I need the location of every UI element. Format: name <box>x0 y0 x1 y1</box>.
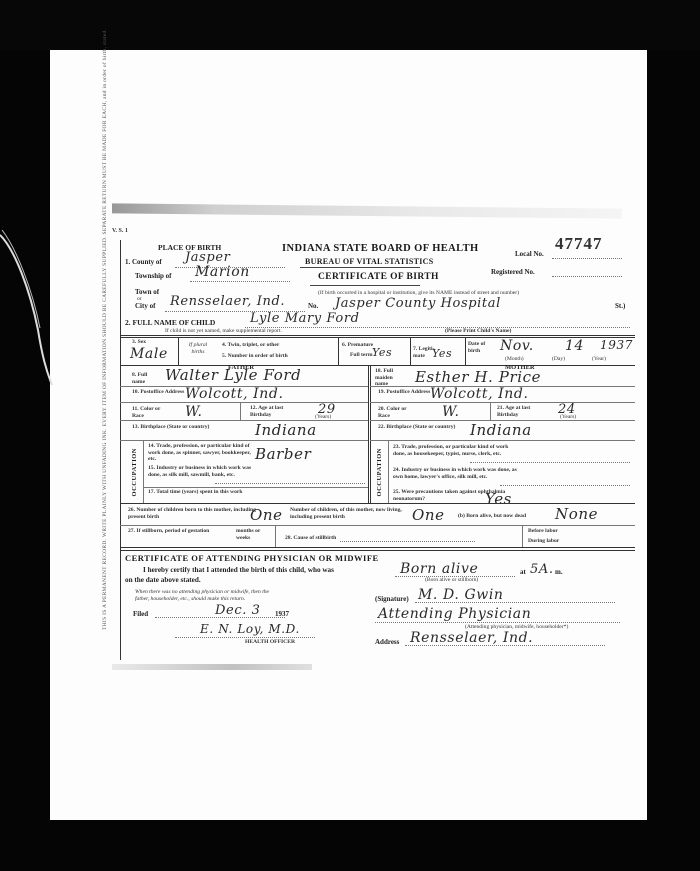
father-address-label: 10. Postoffice Address <box>132 389 184 396</box>
before-labor-label: Before labor <box>528 528 558 535</box>
premature-label: 6. Premature <box>342 342 373 349</box>
county-label: 1. County of <box>125 258 162 266</box>
time-value: 5A. <box>530 562 554 577</box>
divider <box>300 267 420 268</box>
registered-no-label: Registered No. <box>491 268 535 276</box>
mother-color-label: 20. Color or Race <box>378 406 418 419</box>
father-color-label: 11. Color or Race <box>132 406 172 419</box>
address-label: Address <box>375 638 399 646</box>
father-occupation-section: OCCUPATION <box>131 448 138 496</box>
city-value: Rensselaer, Ind. <box>170 294 285 309</box>
divider <box>120 550 635 551</box>
mother-trade-label: 23. Trade, profession, or particular kin… <box>393 444 518 457</box>
father-address-value: Wolcott, Ind. <box>185 386 284 402</box>
mother-address-value: Wolcott, Ind. <box>430 386 529 402</box>
bureau-title: BUREAU OF VITAL STATISTICS <box>305 257 434 266</box>
mother-name-label: 18. Full maiden name <box>375 368 405 388</box>
divider <box>240 402 241 420</box>
divider <box>310 285 420 286</box>
mother-occupation-section: OCCUPATION <box>376 448 383 496</box>
children-dead-label: (b) Born alive, but now dead <box>458 513 526 520</box>
full-term-label: Full term <box>350 352 373 359</box>
divider <box>120 525 635 526</box>
father-birthplace-label: 13. Birthplace (State or country) <box>132 424 232 431</box>
born-value: Born alive <box>400 561 478 577</box>
sex-value: Male <box>130 346 168 362</box>
child-name-field <box>245 327 630 328</box>
attendant-title-field <box>375 622 620 623</box>
filed-value: Dec. 3 <box>215 603 261 618</box>
divider <box>465 338 466 365</box>
born-note: (Born alive or stillborn) <box>425 577 478 584</box>
children-living-value: One <box>412 506 445 524</box>
signature-value: M. D. Gwin <box>418 587 504 603</box>
mother-color-value: W. <box>442 404 460 420</box>
mother-industry-label: 24. Industry or business in which work w… <box>393 467 518 480</box>
certificate-number: 47747 <box>555 234 603 254</box>
plural-label: If plural births <box>183 342 213 355</box>
certificate-title: CERTIFICATE OF BIRTH <box>318 272 439 282</box>
board-title: INDIANA STATE BOARD OF HEALTH <box>282 243 479 254</box>
health-officer-label: HEALTH OFFICER <box>245 639 295 646</box>
attendant-title-value: Attending Physician <box>378 606 531 622</box>
divider <box>120 337 635 338</box>
children-dead-value: None <box>555 505 598 523</box>
address-value: Rensselaer, Ind. <box>410 630 533 646</box>
township-value: Marion <box>195 264 250 280</box>
during-labor-label: During labor <box>528 538 559 545</box>
divider <box>368 365 369 503</box>
m-label: m. <box>555 568 563 576</box>
health-officer-field <box>175 637 315 638</box>
year-label: (Year) <box>592 356 606 363</box>
divider <box>120 335 635 336</box>
print-note: (Please Print Child's Name) <box>445 328 511 335</box>
attestation-statement-end: on the date above stated. <box>125 576 201 584</box>
stillbirth-cause-label: 28. Cause of stillbirth <box>285 535 336 542</box>
local-no-label: Local No. <box>515 250 544 258</box>
township-label: Township of <box>135 272 172 280</box>
father-industry-label: 15. Industry or business in which work w… <box>148 465 258 478</box>
address-field <box>405 645 605 646</box>
signature-label: (Signature) <box>375 595 409 603</box>
father-name-value: Walter Lyle Ford <box>165 366 301 384</box>
dob-label: Date of birth <box>468 341 494 354</box>
filed-label: Filed <box>133 610 148 618</box>
birth-certificate-form: V. S. 1 PLACE OF BIRTH INDIANA STATE BOA… <box>0 0 700 871</box>
mother-birthplace-label: 22. Birthplace (State or country) <box>378 424 478 431</box>
form-code: V. S. 1 <box>112 228 128 235</box>
no-label: No. <box>308 302 318 310</box>
child-name-note: If child is not yet named, make suppleme… <box>165 328 282 335</box>
stillborn-months-label: months or weeks <box>236 528 268 541</box>
mother-trade-field <box>470 462 630 463</box>
twin-label: 4. Twin, triplet, or other <box>222 342 279 349</box>
town-label: Town of <box>135 288 159 296</box>
divider <box>522 525 523 547</box>
father-birthplace-value: Indiana <box>255 421 317 439</box>
dob-day: 14 <box>565 338 584 354</box>
legit-value: Yes <box>432 347 452 360</box>
registered-no-field <box>552 276 622 277</box>
attestation-note: When there was no attending physician or… <box>135 589 275 602</box>
mother-industry-field <box>500 485 630 486</box>
day-label: (Day) <box>552 356 565 363</box>
father-age-label: 12. Age at last Birthday <box>250 405 305 418</box>
father-name-label: 8. Full name <box>132 372 160 385</box>
mother-age-label: 21. Age at last Birthday <box>497 405 552 418</box>
divider <box>120 440 368 441</box>
divider <box>275 525 276 547</box>
divider <box>370 440 635 441</box>
mother-name-value: Esther H. Price <box>415 368 541 386</box>
sex-label: 3. Sex <box>132 339 146 346</box>
divider <box>143 487 368 488</box>
institution-value: Jasper County Hospital <box>335 296 501 311</box>
precautions-value: Yes <box>485 490 512 508</box>
divider <box>178 338 179 365</box>
divider <box>143 440 144 503</box>
dob-month: Nov. <box>500 338 534 354</box>
children-born-value: One <box>250 506 283 524</box>
health-officer-value: E. N. Loy, M.D. <box>200 622 300 636</box>
divider <box>490 402 491 420</box>
children-born-label: 26. Number of children born to this moth… <box>128 507 268 520</box>
divider <box>120 547 635 548</box>
local-no-field <box>552 258 622 259</box>
divider <box>370 402 635 403</box>
signature-field <box>415 602 615 603</box>
county-value: Jasper <box>185 250 230 265</box>
father-time-label: 17. Total time (years) spent in this wor… <box>148 489 248 496</box>
attestation-statement: I hereby certify that I attended the bir… <box>143 566 334 574</box>
mother-address-label: 19. Postoffice Address <box>378 389 430 396</box>
month-label: (Month) <box>505 356 524 363</box>
father-color-value: W. <box>185 404 203 420</box>
divider <box>120 503 635 504</box>
child-name-value: Lyle Mary Ford <box>250 311 360 326</box>
mother-birthplace-value: Indiana <box>470 421 532 439</box>
divider <box>388 440 389 503</box>
divider <box>338 338 339 365</box>
attestation-heading: CERTIFICATE OF ATTENDING PHYSICIAN OR MI… <box>125 553 379 563</box>
children-living-label: Number of children, of this mother, now … <box>290 507 410 520</box>
ward-suffix: St.) <box>615 302 625 310</box>
father-trade-value: Barber <box>255 445 311 463</box>
city-label: City of <box>135 302 155 310</box>
stillbirth-cause-field <box>340 541 475 542</box>
full-term-value: Yes <box>372 346 392 359</box>
left-border <box>120 240 121 660</box>
township-field <box>190 281 290 282</box>
child-name-label: 2. FULL NAME OF CHILD <box>125 318 215 327</box>
divider <box>120 420 368 421</box>
father-industry-field <box>215 483 365 484</box>
father-trade-label: 14. Trade, profession, or particular kin… <box>148 443 258 463</box>
at-label: at <box>520 568 526 576</box>
filed-year: 1937 <box>275 610 289 618</box>
order-label: 5. Number in order of birth <box>222 353 288 360</box>
dob-year: 1937 <box>600 338 633 352</box>
divider <box>410 338 411 365</box>
